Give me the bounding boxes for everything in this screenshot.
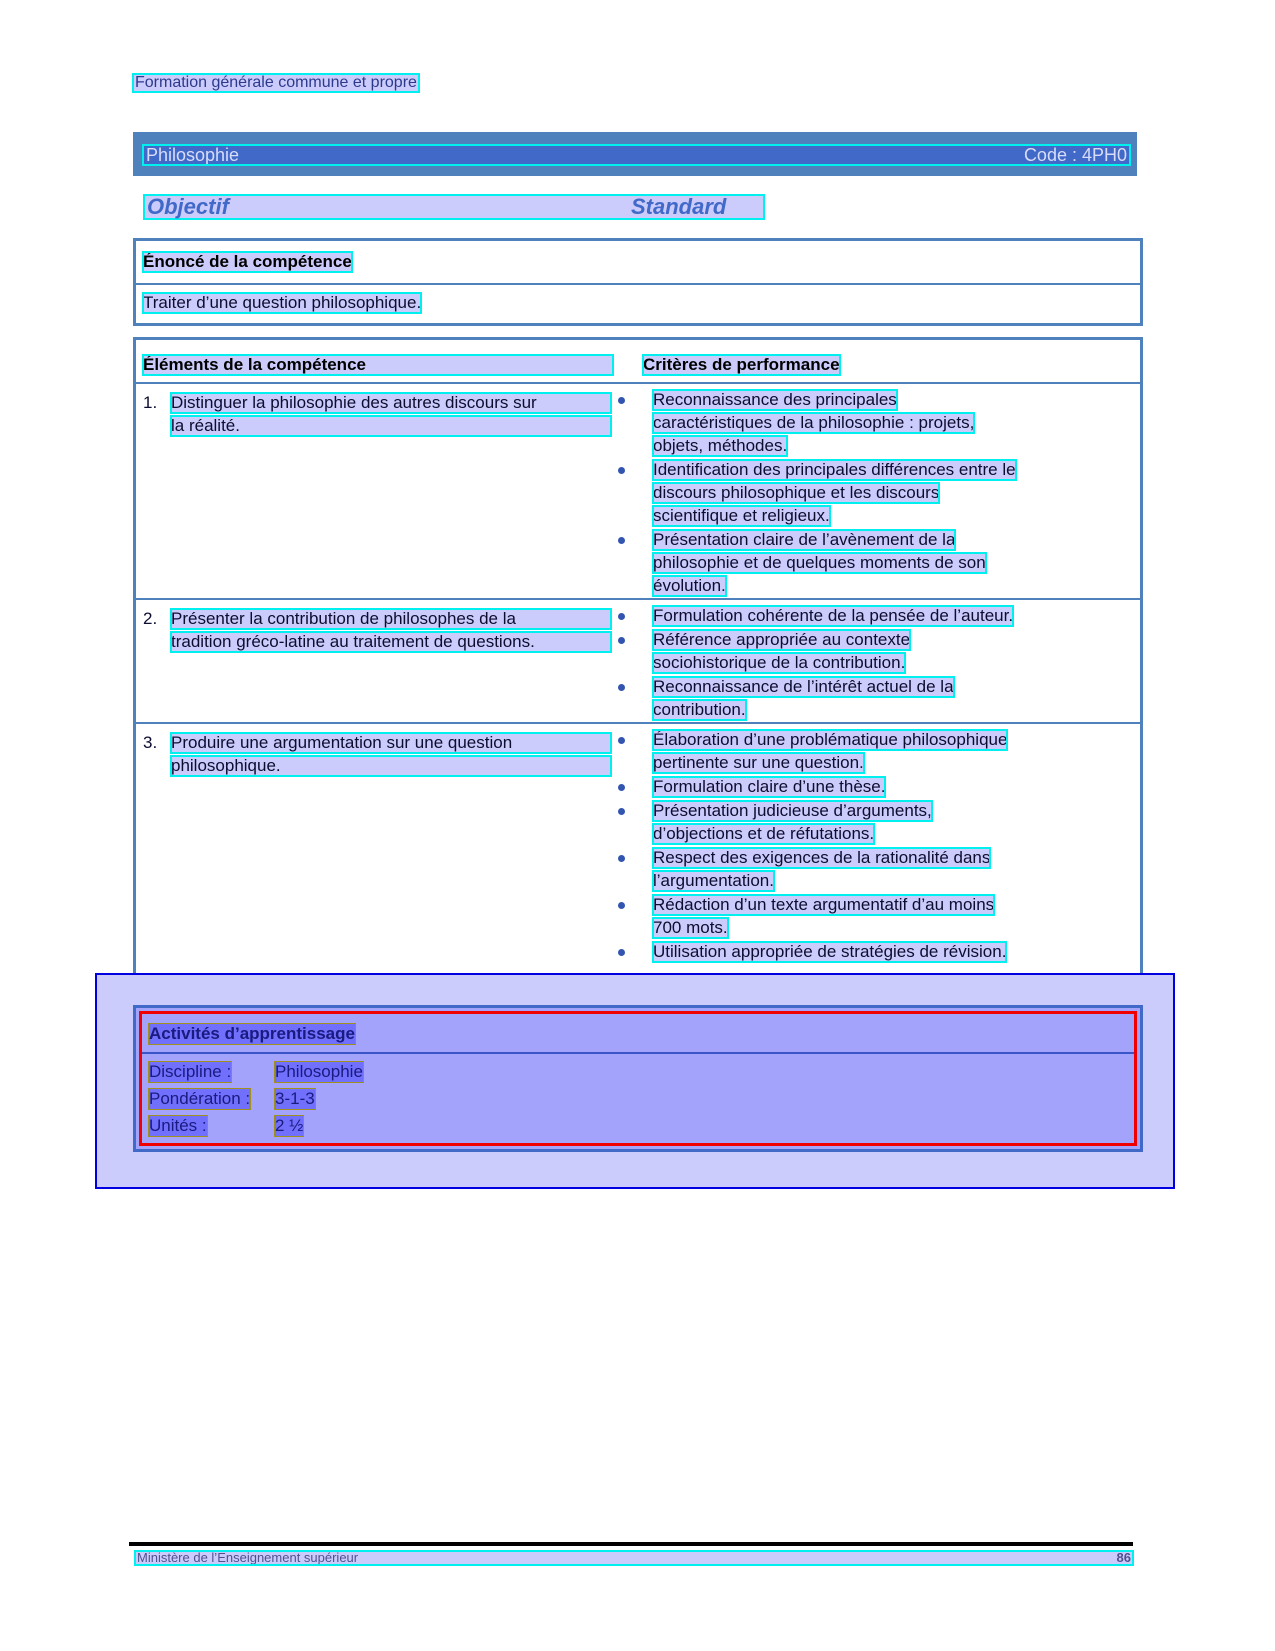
criterion-text: objets, méthodes. xyxy=(653,436,787,456)
bullet-icon xyxy=(618,684,625,691)
element-text: tradition gréco-latine au traitement de … xyxy=(171,632,611,652)
bullet-icon xyxy=(618,397,625,404)
criterion-text: contribution. xyxy=(653,700,746,720)
element-text: philosophique. xyxy=(171,756,611,776)
activity-field-label: Discipline : xyxy=(149,1062,231,1082)
criterion-text: Reconnaissance de l’intérêt actuel de la xyxy=(653,677,954,697)
learning-activities-box[interactable]: Activités d’apprentissage Discipline :Ph… xyxy=(133,1005,1143,1152)
criterion-text: Reconnaissance des principales xyxy=(653,390,897,410)
objective-standard-row: Objectif Standard xyxy=(145,196,765,218)
activity-field-label: Unités : xyxy=(149,1116,207,1136)
criterion-text: sociohistorique de la contribution. xyxy=(653,653,905,673)
bullet-icon xyxy=(618,637,625,644)
criterion-text: Élaboration d’une problématique philosop… xyxy=(653,730,1007,750)
criterion-text: caractéristiques de la philosophie : pro… xyxy=(653,413,974,433)
elements-criteria-table: Éléments de la compétence Critères de pe… xyxy=(133,337,1143,997)
criterion-text: discours philosophique et les discours xyxy=(653,483,939,503)
course-title: Philosophie xyxy=(146,146,239,164)
learning-activities-heading: Activités d’apprentissage xyxy=(149,1024,355,1044)
element-number: 1. xyxy=(143,393,157,413)
footer-rule xyxy=(129,1542,1133,1546)
bullet-icon xyxy=(618,537,625,544)
activity-field-value: 2 ½ xyxy=(275,1116,303,1136)
column-header-criteres: Critères de performance xyxy=(643,355,840,375)
bullet-icon xyxy=(618,613,625,620)
competence-statement-box: Énoncé de la compétence Traiter d’une qu… xyxy=(133,238,1143,326)
element-text: Distinguer la philosophie des autres dis… xyxy=(171,393,611,413)
criterion-text: Formulation cohérente de la pensée de l’… xyxy=(653,606,1013,626)
criterion-text: Respect des exigences de la rationalité … xyxy=(653,848,990,868)
bullet-icon xyxy=(618,902,625,909)
criterion-text: Utilisation appropriée de stratégies de … xyxy=(653,942,1006,962)
criterion-text: pertinente sur une question. xyxy=(653,753,864,773)
activity-field-value: Philosophie xyxy=(275,1062,363,1082)
criterion-text: Présentation claire de l’avènement de la xyxy=(653,530,955,550)
bullet-icon xyxy=(618,784,625,791)
activity-field-value: 3-1-3 xyxy=(275,1089,315,1109)
column-header-elements: Éléments de la compétence xyxy=(143,355,613,375)
footer-ministry: Ministère de l’Enseignement supérieur xyxy=(137,1551,358,1565)
element-number: 3. xyxy=(143,733,157,753)
bullet-icon xyxy=(618,855,625,862)
criterion-text: philosophie et de quelques moments de so… xyxy=(653,553,986,573)
element-text: la réalité. xyxy=(171,416,611,436)
course-title-row: Philosophie Code : 4PH0 xyxy=(144,146,1129,164)
objective-label: Objectif xyxy=(147,196,229,218)
element-text: Produire une argumentation sur une quest… xyxy=(171,733,611,753)
section-label: Formation générale commune et propre xyxy=(133,74,419,92)
criterion-text: Rédaction d’un texte argumentatif d’au m… xyxy=(653,895,994,915)
criterion-text: évolution. xyxy=(653,576,726,596)
element-text: Présenter la contribution de philosophes… xyxy=(171,609,611,629)
bullet-icon xyxy=(618,737,625,744)
course-title-bar: Philosophie Code : 4PH0 xyxy=(133,132,1137,176)
competence-statement-text: Traiter d’une question philosophique. xyxy=(143,293,421,313)
activity-field-label: Pondération : xyxy=(149,1089,250,1109)
bullet-icon xyxy=(618,467,625,474)
competence-statement-heading: Énoncé de la compétence xyxy=(143,252,352,272)
criterion-text: Référence appropriée au contexte xyxy=(653,630,910,650)
criterion-text: d’objections et de réfutations. xyxy=(653,824,874,844)
criterion-text: Identification des principales différenc… xyxy=(653,460,1016,480)
criterion-text: l’argumentation. xyxy=(653,871,774,891)
criterion-text: 700 mots. xyxy=(653,918,728,938)
page-number: 86 xyxy=(1117,1551,1131,1565)
criterion-text: scientifique et religieux. xyxy=(653,506,830,526)
footer: Ministère de l’Enseignement supérieur 86 xyxy=(135,1551,1133,1565)
standard-label: Standard xyxy=(631,196,726,218)
course-code: Code : 4PH0 xyxy=(1024,146,1127,164)
bullet-icon xyxy=(618,808,625,815)
criterion-text: Formulation claire d’une thèse. xyxy=(653,777,885,797)
criterion-text: Présentation judicieuse d’arguments, xyxy=(653,801,932,821)
bullet-icon xyxy=(618,949,625,956)
element-number: 2. xyxy=(143,609,157,629)
